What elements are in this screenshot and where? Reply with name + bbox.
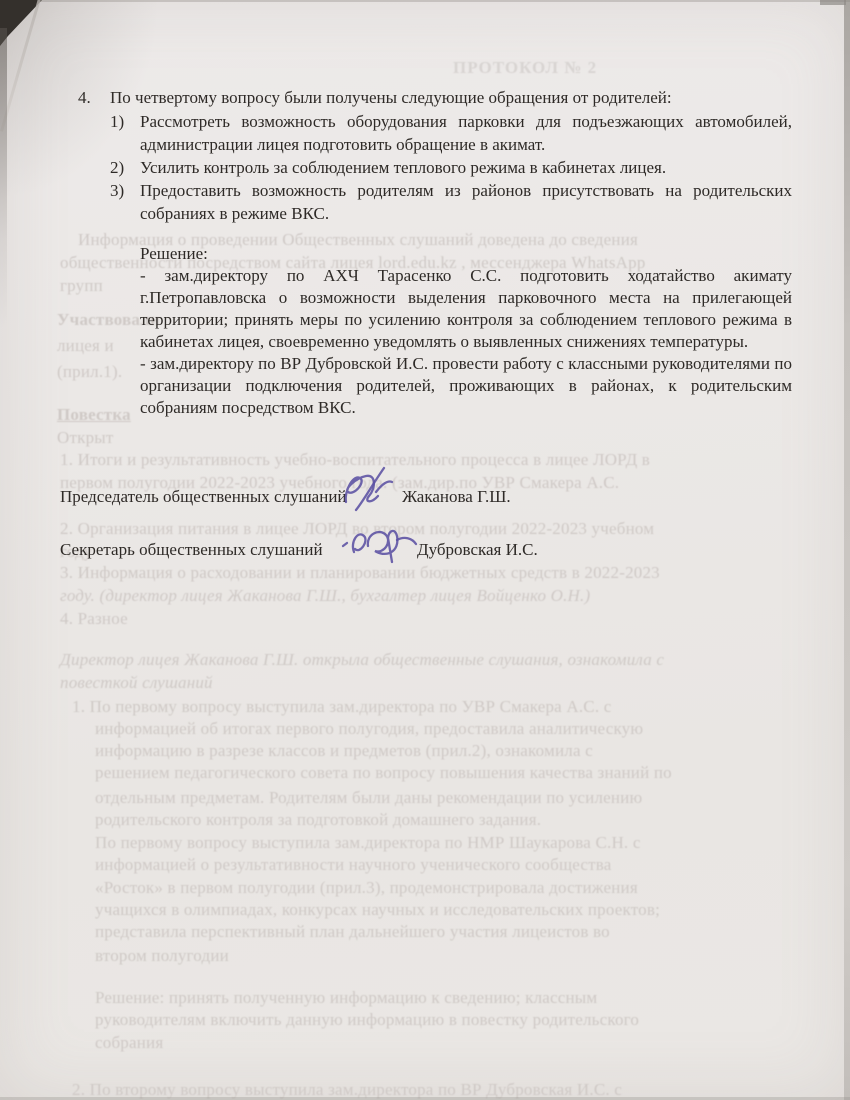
agenda-item-4-number: 4. [78,86,110,109]
appeal-item: 1) Рассмотреть возможность оборудования … [110,110,792,156]
decision-label: Решение: [140,243,792,265]
agenda-item-4-heading: По четвертому вопросу были получены след… [110,86,792,109]
decision-block: Решение: - зам.директору по АХЧ Тарасенк… [140,243,792,419]
document-text-layer: 4. По четвертому вопросу были получены с… [0,0,850,1100]
chairman-signature-label: Председатель общественных слушаний [60,487,347,507]
secretary-name: Дубровская И.С. [417,540,538,560]
chairman-name: Жаканова Г.Ш. [402,487,511,507]
appeal-item: 2) Усилить контроль за соблюдением тепло… [110,156,792,179]
secretary-signature-ink [340,522,420,566]
decision-paragraph: - зам.директору по ВР Дубровской И.С. пр… [140,353,792,419]
appeal-item: 3) Предоставить возможность родителям из… [110,179,792,225]
appeal-number: 2) [110,156,140,179]
secretary-signature-label: Секретарь общественных слушаний [60,540,323,560]
appeal-text: Усилить контроль за соблюдением тепловог… [140,156,792,179]
appeal-text: Рассмотреть возможность оборудования пар… [140,110,792,156]
parent-appeals-list: 1) Рассмотреть возможность оборудования … [110,110,792,225]
appeal-number: 1) [110,110,140,156]
appeal-number: 3) [110,179,140,225]
chairman-signature-ink [336,466,400,512]
appeal-text: Предоставить возможность родителям из ра… [140,179,792,225]
decision-paragraph: - зам.директору по АХЧ Тарасенко С.С. по… [140,265,792,353]
agenda-item-4: 4. По четвертому вопросу были получены с… [78,86,792,109]
scanned-protocol-page: ПРОТОКОЛ № 2 Информация о проведении Общ… [0,0,850,1100]
